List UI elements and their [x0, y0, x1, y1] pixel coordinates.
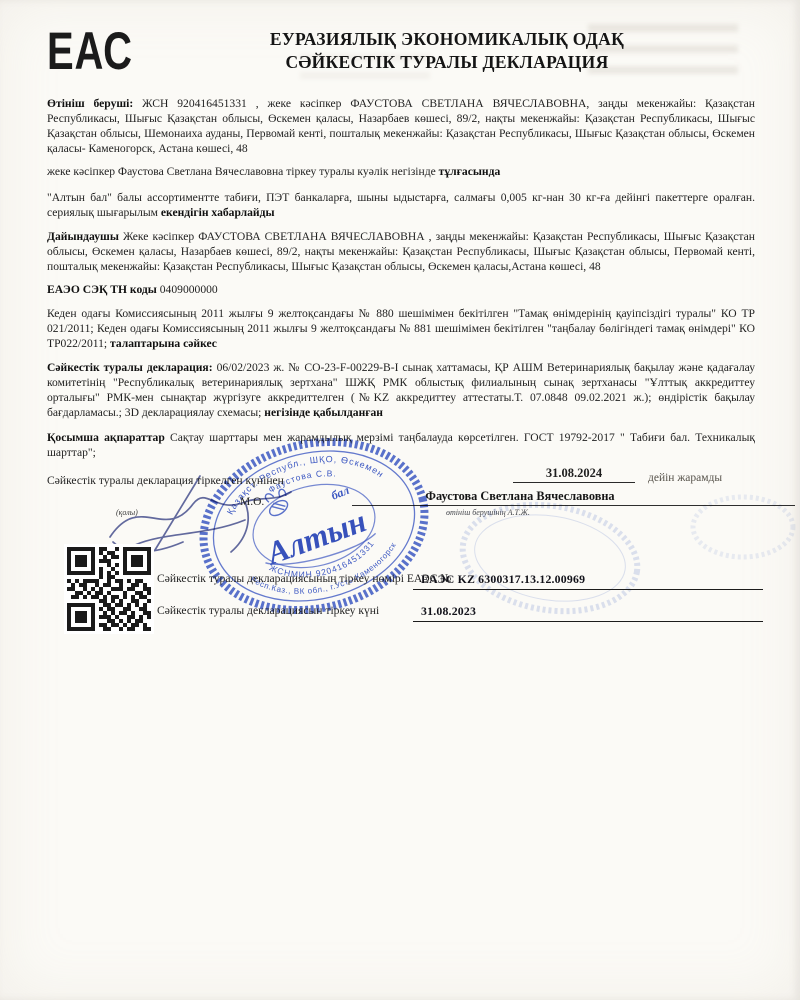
reg-number-label: Сәйкестік туралы декларациясының тіркеу … [157, 572, 451, 585]
document-page: ЕАС ЕУРАЗИЯЛЫҚ ЭКОНОМИКАЛЫҚ ОДАҚ СӘЙКЕСТ… [0, 0, 800, 1000]
valid-until-suffix: дейін жарамды [648, 472, 722, 484]
eac-conformity-mark: ЕАС [47, 21, 167, 82]
signature-caption: (қолы) [116, 508, 138, 517]
product-paragraph: "Алтын бал" балы ассортиментте табиғи, П… [47, 190, 755, 220]
reg-date-value: 31.08.2023 [413, 604, 763, 622]
tn-code-value: 0409000000 [160, 283, 218, 296]
declaration-label: Сәйкестік туралы декларация: [47, 361, 213, 374]
applicant-paragraph: Өтініш беруші: ЖСН 920416451331 , жеке к… [47, 96, 755, 156]
title-line-1: ЕУРАЗИЯЛЫҚ ЭКОНОМИКАЛЫҚ ОДАҚ [197, 28, 697, 51]
reg-number-value: ЕАЭС KZ 6300317.13.12.00969 [413, 572, 763, 590]
qr-code [64, 544, 154, 634]
reg-date-label: Сәйкестік туралы декларациясын тіркеу кү… [157, 604, 379, 617]
ghost-stamp-artifact [688, 492, 798, 562]
manufacturer-text: Жеке кәсіпкер ФАУСТОВА СВЕТЛАНА ВЯЧЕСЛАВ… [47, 230, 755, 273]
additional-label: Қосымша ақпараттар [47, 431, 165, 444]
tn-code-label: ЕАЭО СЭҚ ТН коды [47, 283, 157, 296]
basis-line: жеке кәсіпкер Фаустова Светлана Вячеслав… [47, 164, 755, 179]
regulations-paragraph: Кеден одағы Комиссиясының 2011 жылғы 9 ж… [47, 306, 755, 351]
applicant-text: ЖСН 920416451331 , жеке кәсіпкер ФАУСТОВ… [47, 97, 755, 155]
valid-until-date: 31.08.2024 [513, 466, 635, 483]
company-stamp: Қазақст. Республ., ШҚО, Өскемен Фаустова… [188, 430, 440, 622]
applicant-label: Өтініш беруші: [47, 97, 133, 110]
regulations-bold: талаптарына сәйкес [110, 337, 217, 350]
stamp-logo-small-text: бал [329, 483, 351, 503]
document-title: ЕУРАЗИЯЛЫҚ ЭКОНОМИКАЛЫҚ ОДАҚ СӘЙКЕСТІК Т… [197, 28, 755, 74]
title-line-2: СӘЙКЕСТІК ТУРАЛЫ ДЕКЛАРАЦИЯ [197, 51, 697, 74]
ghost-stamp-artifact [455, 498, 645, 618]
basis-bold: тұлғасында [439, 165, 501, 178]
declaration-basis-paragraph: Сәйкестік туралы декларация: 06/02/2023 … [47, 360, 755, 420]
basis-text: жеке кәсіпкер Фаустова Светлана Вячеслав… [47, 165, 436, 178]
product-bold: екендігін хабарлайды [161, 206, 275, 219]
product-text: "Алтын бал" балы ассортиментте табиғи, П… [47, 191, 755, 219]
document-header: ЕАС ЕУРАЗИЯЛЫҚ ЭКОНОМИКАЛЫҚ ОДАҚ СӘЙКЕСТ… [47, 22, 755, 80]
manufacturer-label: Дайындаушы [47, 230, 119, 243]
manufacturer-paragraph: Дайындаушы Жеке кәсіпкер ФАУСТОВА СВЕТЛА… [47, 229, 755, 274]
tn-code-line: ЕАЭО СЭҚ ТН коды 0409000000 [47, 282, 755, 297]
declaration-bold: негізінде қабылданған [264, 406, 383, 419]
